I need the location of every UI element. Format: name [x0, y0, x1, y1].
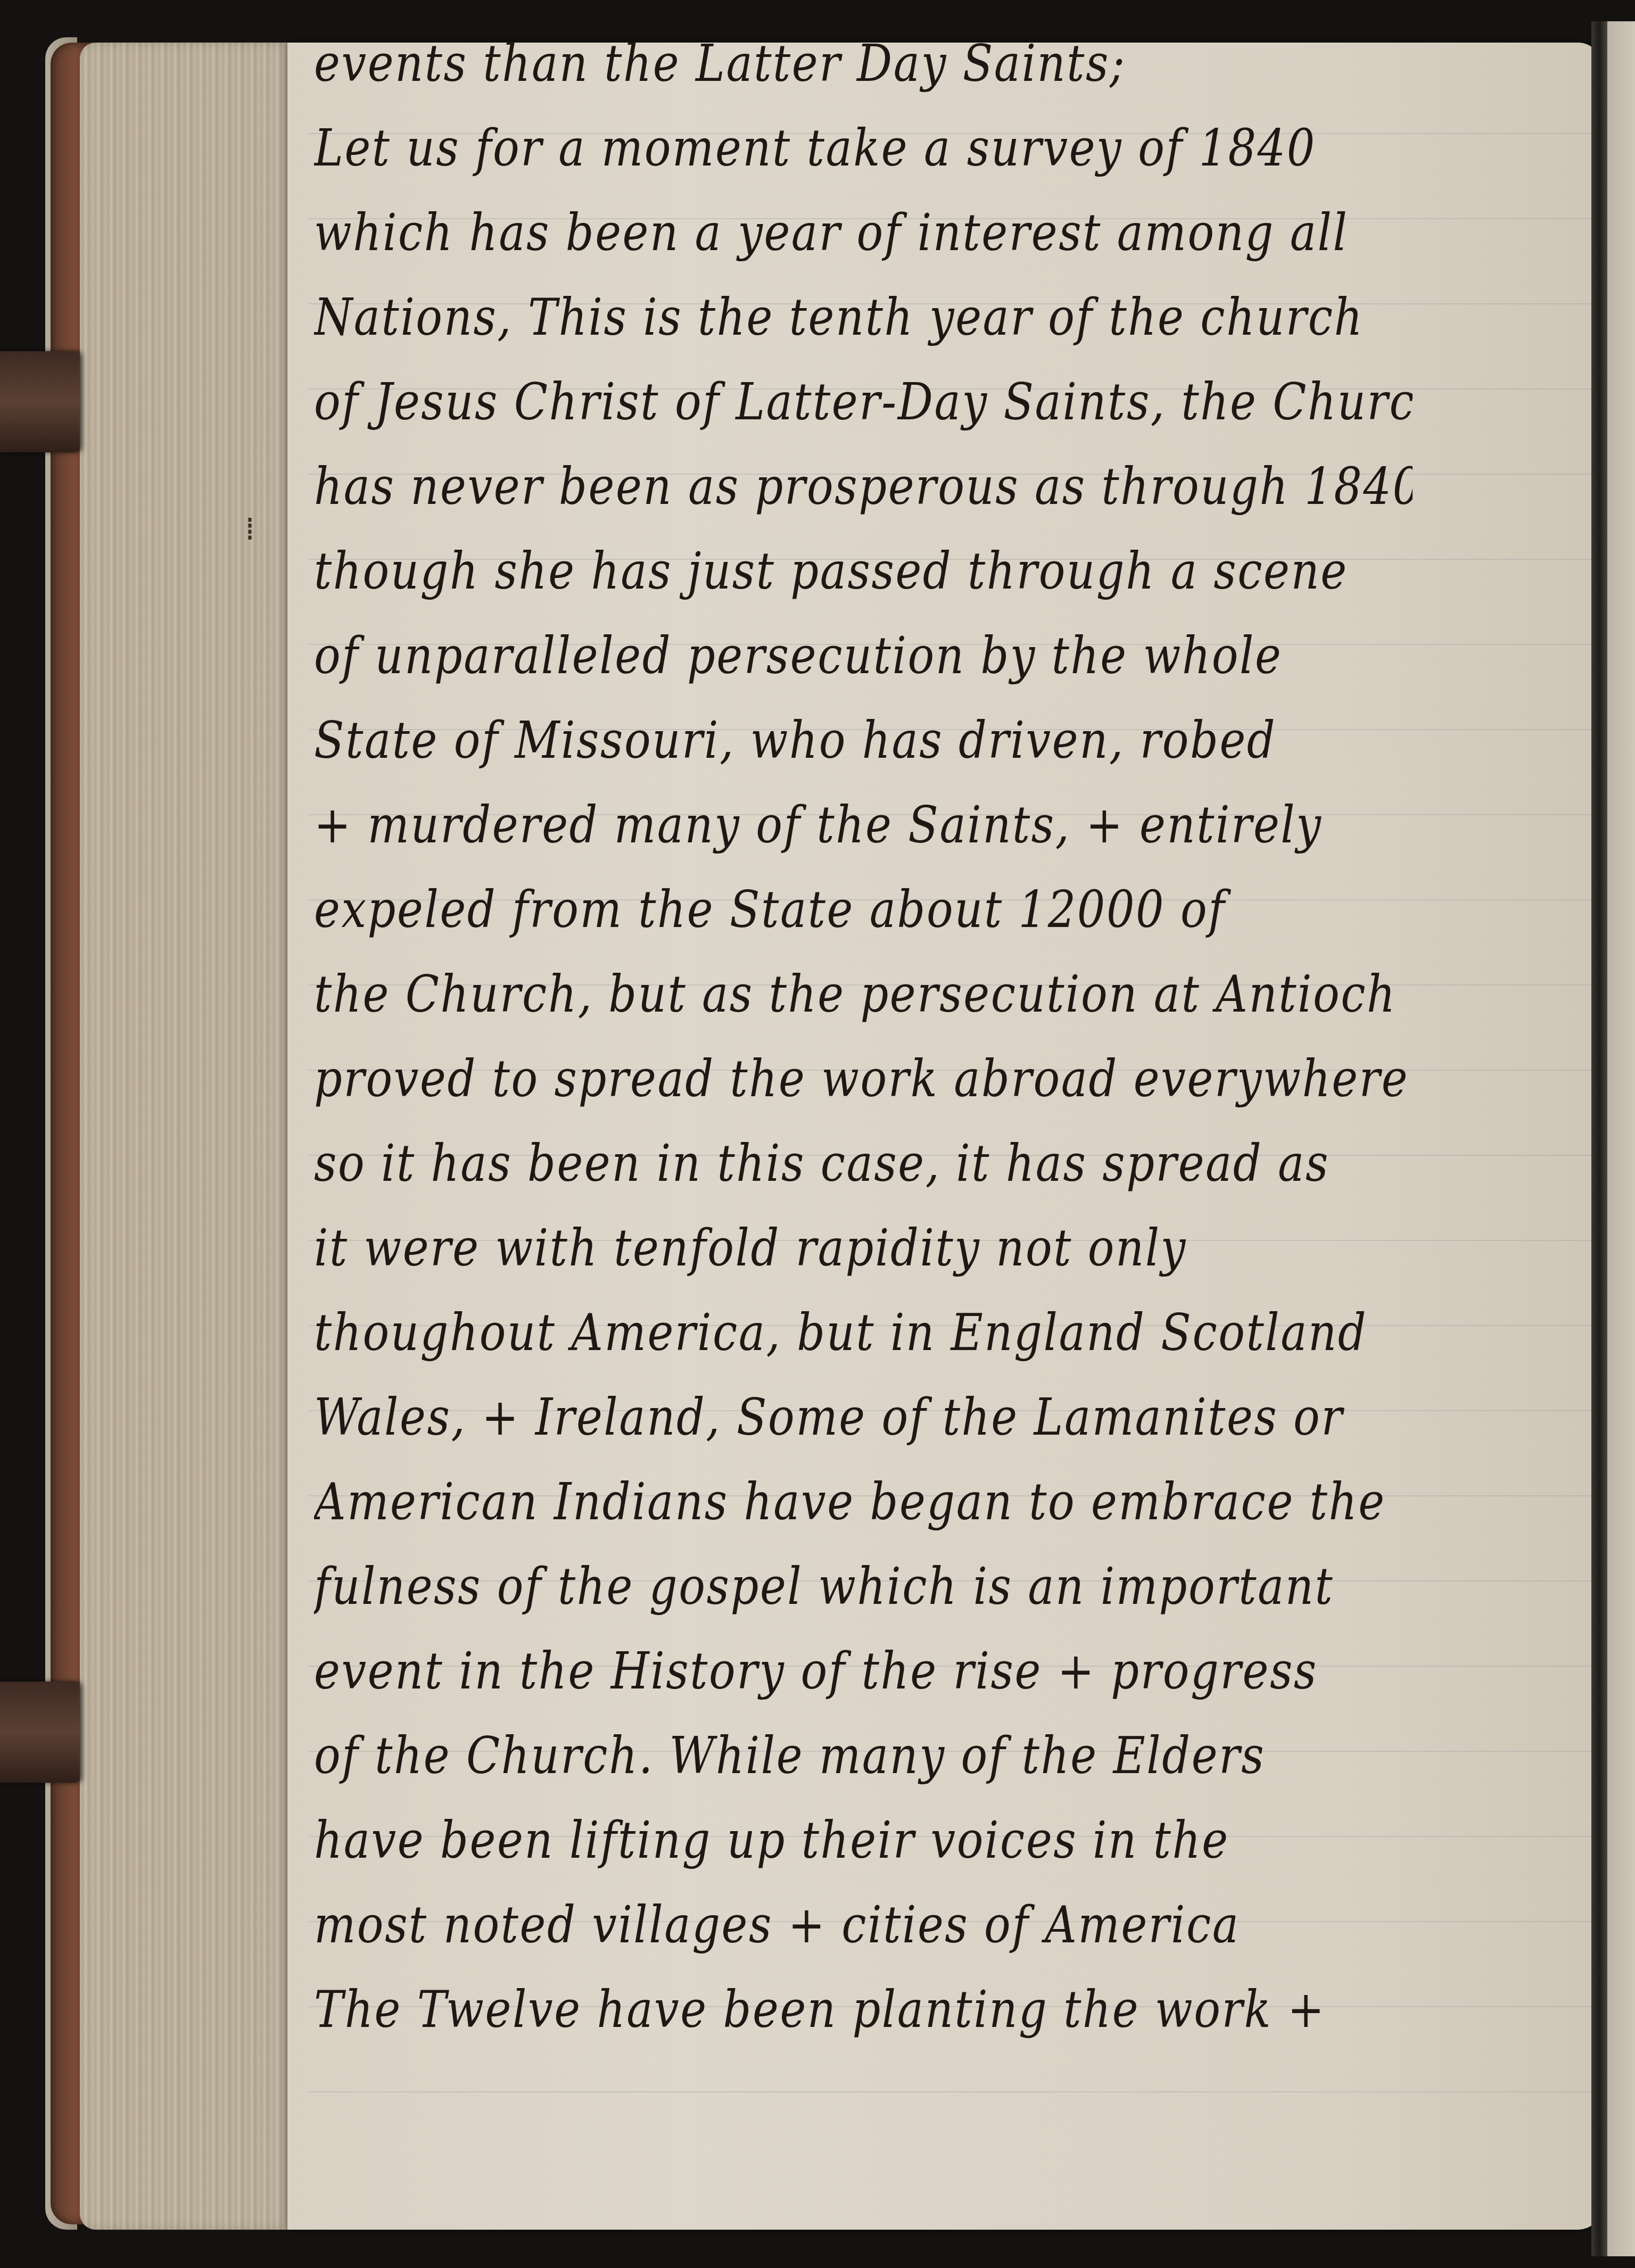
text-line: though she has just passed through a sce… — [314, 529, 1413, 614]
handwritten-text: events than the Latter Day Saints; Let u… — [314, 21, 1591, 2052]
clasp-strap-top — [0, 351, 80, 452]
text-line: expeled from the State about 12000 of — [314, 867, 1413, 952]
text-line: most noted villages + cities of America — [314, 1883, 1413, 1967]
text-line: Nations, This is the tenth year of the c… — [314, 275, 1413, 360]
text-line: so it has been in this case, it has spre… — [314, 1121, 1413, 1206]
text-line: proved to spread the work abroad everywh… — [314, 1037, 1413, 1121]
clasp-strap-bottom — [0, 1682, 80, 1783]
text-line: which has been a year of interest among … — [314, 191, 1413, 275]
text-line: fulness of the gospel which is an import… — [314, 1544, 1413, 1629]
text-line: event in the History of the rise + progr… — [314, 1629, 1413, 1714]
book-photo: ⁞ events than the Latter Day Saints; Let… — [0, 0, 1635, 2268]
text-line: thoughout America, but in England Scotla… — [314, 1290, 1413, 1375]
margin-pencil-mark: ⁞ — [245, 511, 255, 548]
opposite-page-edge — [1607, 21, 1635, 2256]
text-line: have been lifting up their voices in the — [314, 1798, 1413, 1883]
text-line: State of Missouri, who has driven, robed — [314, 698, 1413, 783]
text-line: of unparalleled persecution by the whole — [314, 614, 1413, 698]
text-line: Wales, + Ireland, Some of the Lamanites … — [314, 1375, 1413, 1460]
ruled-line — [309, 2091, 1591, 2092]
book-gutter — [1591, 21, 1607, 2256]
page-fore-edge — [80, 43, 293, 2230]
text-line: events than the Latter Day Saints; — [314, 21, 1413, 106]
text-line: has never been as prosperous as through … — [314, 444, 1413, 529]
text-line: of the Church. While many of the Elders — [314, 1714, 1413, 1798]
text-line: The Twelve have been planting the work + — [314, 1967, 1413, 2052]
text-line: the Church, but as the persecution at An… — [314, 952, 1413, 1037]
text-line: American Indians have began to embrace t… — [314, 1460, 1413, 1544]
text-line: it were with tenfold rapidity not only — [314, 1206, 1413, 1290]
text-line: + murdered many of the Saints, + entirel… — [314, 783, 1413, 867]
text-line: Let us for a moment take a survey of 184… — [314, 106, 1413, 191]
text-line: of Jesus Christ of Latter-Day Saints, th… — [314, 360, 1413, 444]
